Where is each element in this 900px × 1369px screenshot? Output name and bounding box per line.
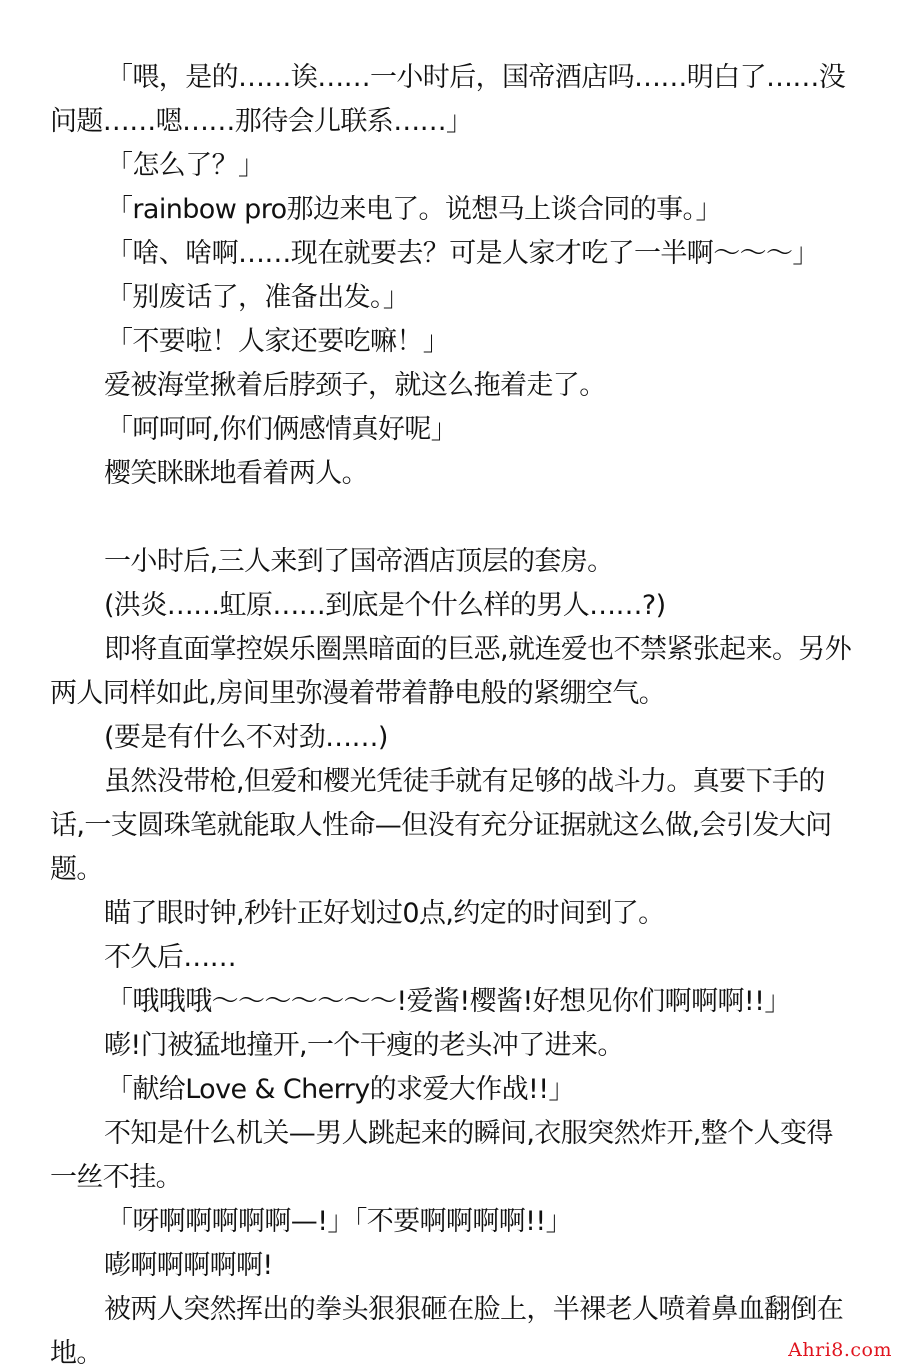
narration-paragraph: 即将直面掌控娱乐圈黑暗面的巨恶,就连爱也不禁紧张起来。另外两人同样如此,房间里弥…: [50, 628, 856, 716]
dialogue-paragraph: 「哦哦哦～～～～～～～!爱酱!樱酱!好想见你们啊啊啊!!」: [50, 980, 856, 1024]
narration-paragraph: 瞄了眼时钟,秒针正好划过0点,约定的时间到了。: [50, 892, 856, 936]
narration-paragraph: 不久后……: [50, 936, 856, 980]
narration-paragraph: 嘭啊啊啊啊啊!: [50, 1244, 856, 1288]
dialogue-paragraph: 「不要啦！人家还要吃嘛！」: [50, 320, 856, 364]
narration-paragraph: (洪炎……虹原……到底是个什么样的男人……?): [50, 584, 856, 628]
dialogue-paragraph: 「喂，是的……诶……一小时后，国帝酒店吗……明白了……没问题……嗯……那待会儿联…: [50, 56, 856, 144]
narration-paragraph: (要是有什么不对劲……): [50, 716, 856, 760]
dialogue-paragraph: 「怎么了？」: [50, 144, 856, 188]
narration-paragraph: 不知是什么机关—男人跳起来的瞬间,衣服突然炸开,整个人变得一丝不挂。: [50, 1112, 856, 1200]
narration-paragraph: 嘭!门被猛地撞开,一个干瘦的老头冲了进来。: [50, 1024, 856, 1068]
dialogue-paragraph: 「呵呵呵,你们俩感情真好呢」: [50, 408, 856, 452]
dialogue-paragraph: 「rainbow pro那边来电了。说想马上谈合同的事。」: [50, 188, 856, 232]
narration-paragraph: 樱笑眯眯地看着两人。: [50, 452, 856, 496]
narration-paragraph: 被两人突然挥出的拳头狠狠砸在脸上，半裸老人喷着鼻血翻倒在地。: [50, 1288, 856, 1369]
narration-paragraph: 一小时后,三人来到了国帝酒店顶层的套房。: [50, 540, 856, 584]
dialogue-paragraph: 「别废话了，准备出发。」: [50, 276, 856, 320]
dialogue-paragraph: 「呀啊啊啊啊啊—!」「不要啊啊啊啊!!」: [50, 1200, 856, 1244]
scene-break: [50, 496, 856, 540]
document-page: 「喂，是的……诶……一小时后，国帝酒店吗……明白了……没问题……嗯……那待会儿联…: [50, 56, 856, 1369]
watermark: Ahri8.com: [788, 1339, 892, 1361]
dialogue-paragraph: 「啥、啥啊……现在就要去？可是人家才吃了一半啊～～～」: [50, 232, 856, 276]
narration-paragraph: 虽然没带枪,但爱和樱光凭徒手就有足够的战斗力。真要下手的话,一支圆珠笔就能取人性…: [50, 760, 856, 892]
narration-paragraph: 爱被海堂揪着后脖颈子，就这么拖着走了。: [50, 364, 856, 408]
dialogue-paragraph: 「献给Love & Cherry的求爱大作战!!」: [50, 1068, 856, 1112]
